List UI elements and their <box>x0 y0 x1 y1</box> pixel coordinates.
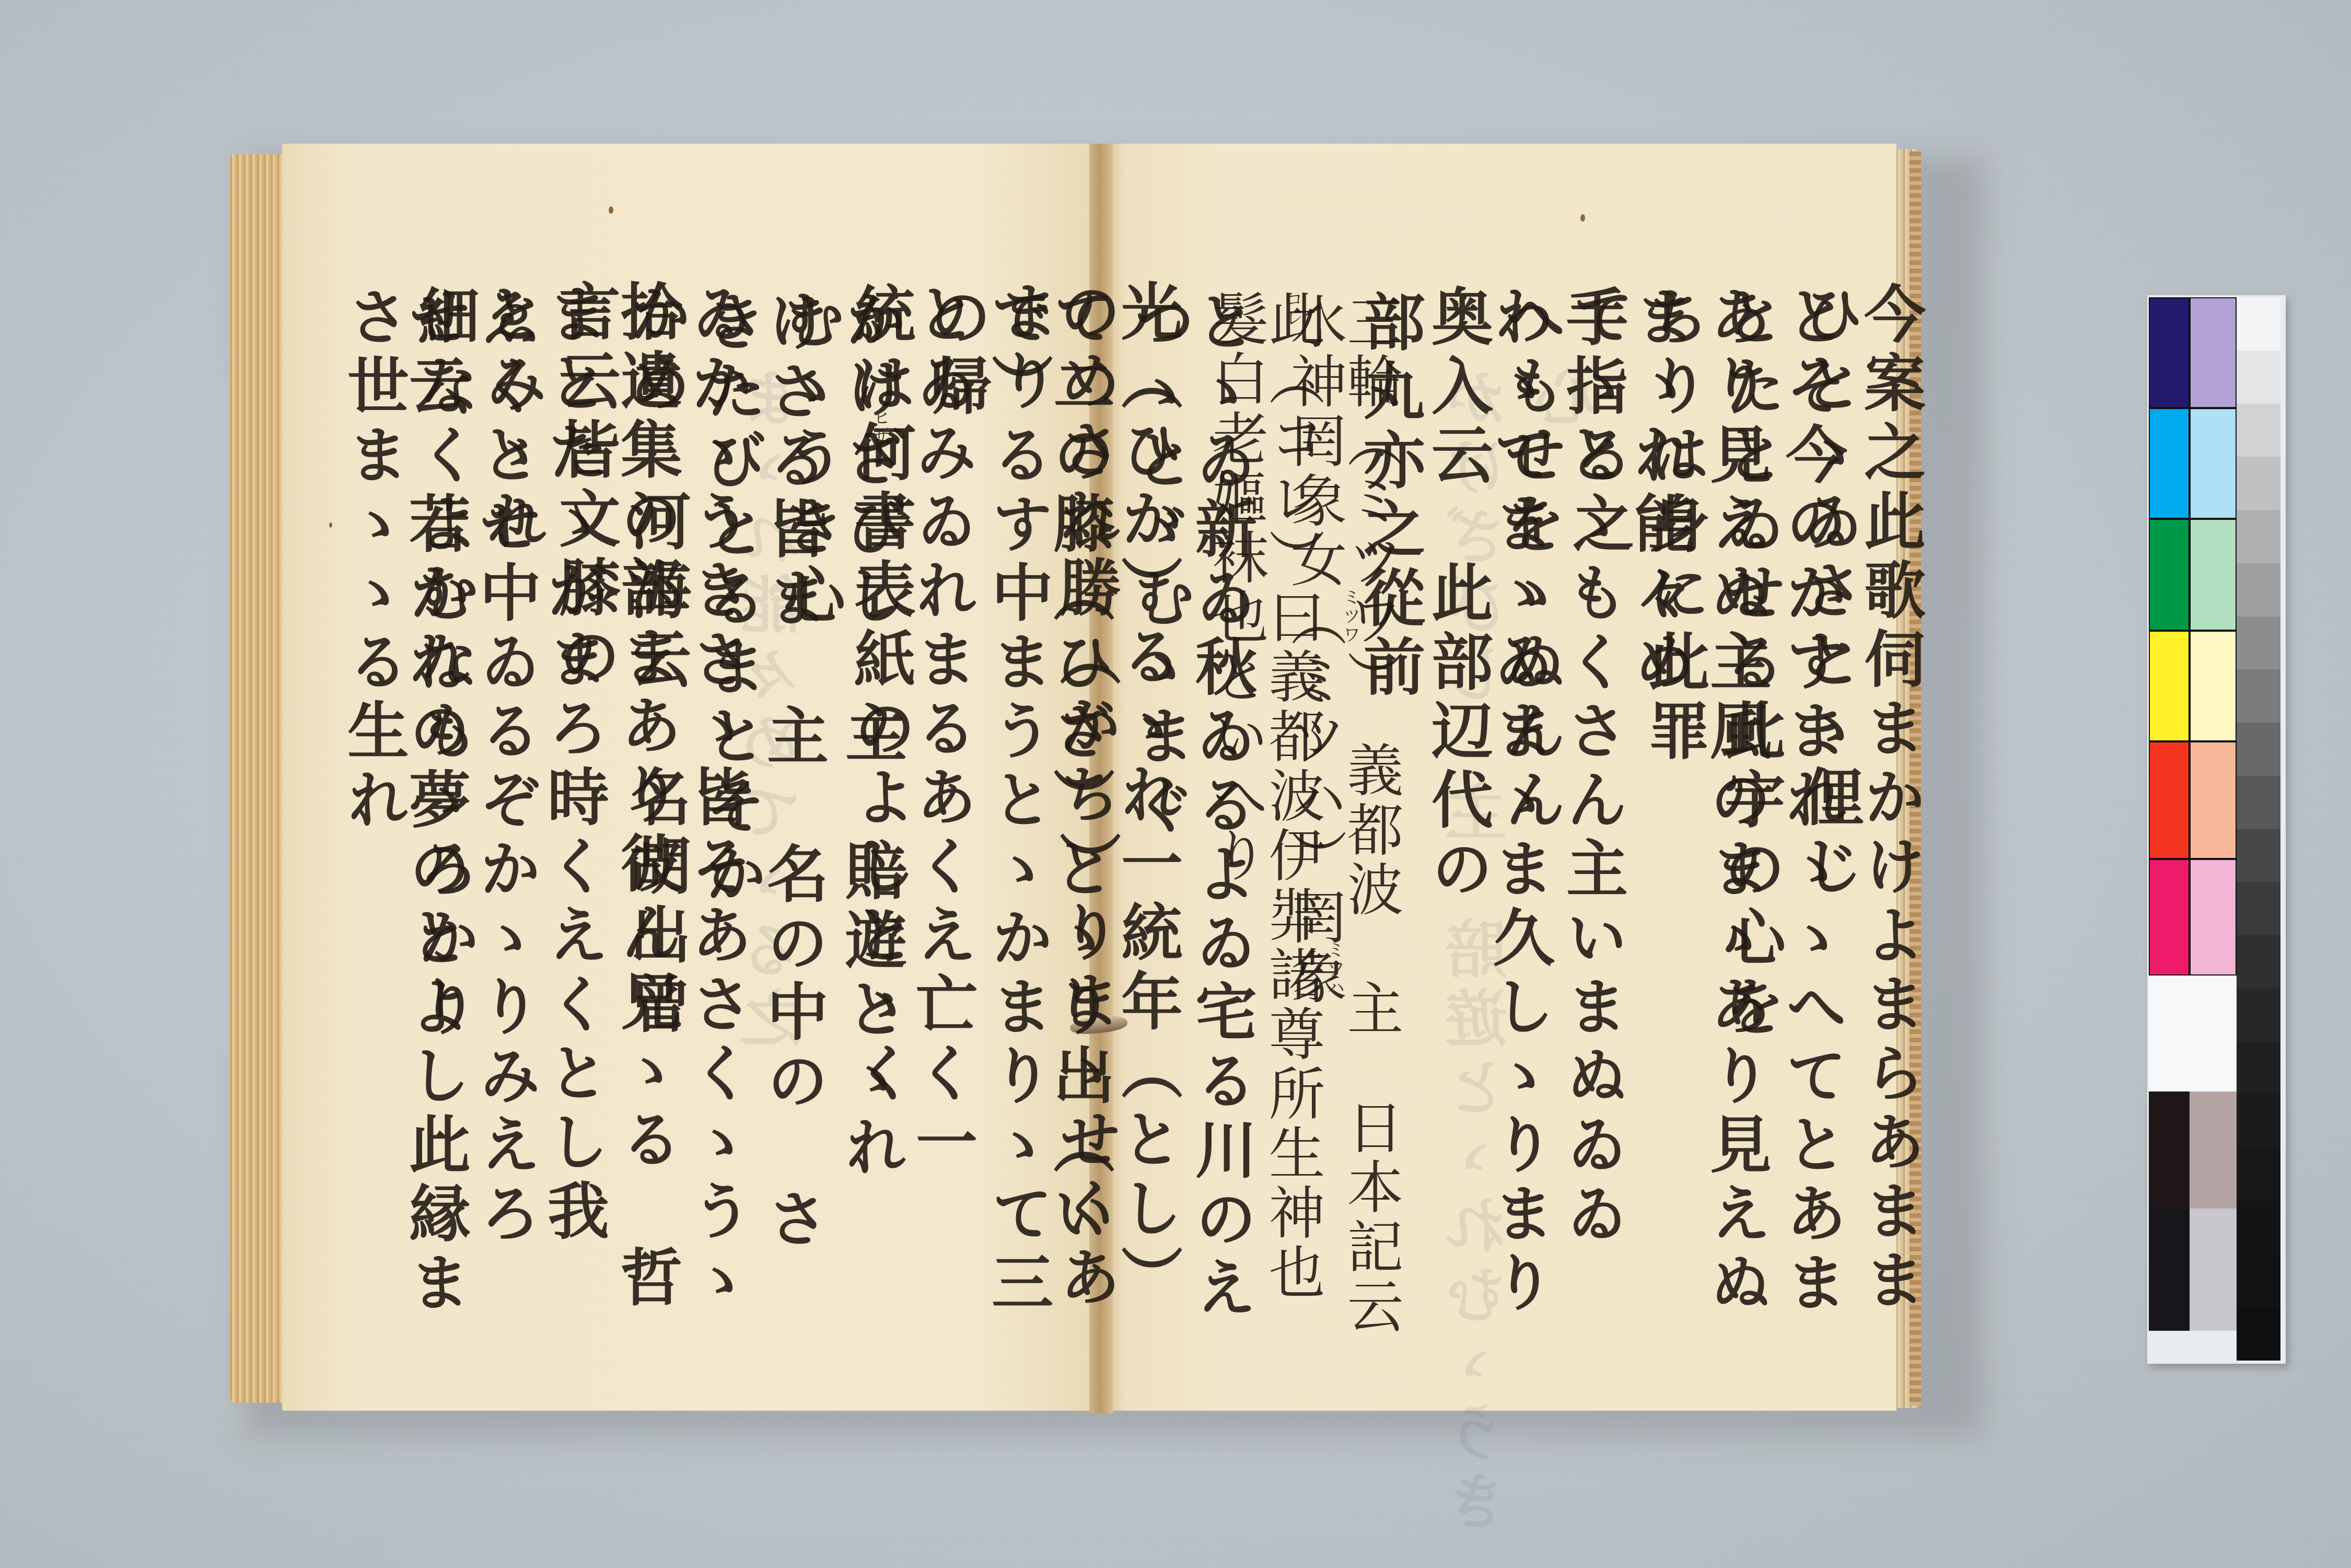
grey-step <box>2237 669 2280 723</box>
grey-step <box>2237 1307 2280 1361</box>
grey-step <box>2237 1201 2280 1255</box>
grey-step <box>2237 351 2280 404</box>
text-column: わゝてまゝゐまゝま久しゝりまり 奥入云 此部辺代の <box>1426 285 1550 1330</box>
patch-white <box>2149 975 2237 1091</box>
grey-step <box>2237 829 2280 882</box>
wormhole <box>609 206 613 214</box>
patch-light-8 <box>2190 1209 2237 1331</box>
patch-light-1 <box>2190 297 2237 408</box>
grey-step <box>2237 882 2280 935</box>
wormhole <box>329 522 332 528</box>
patch-dark-4 <box>2149 631 2190 741</box>
ruby-annotation: コレ <box>1280 290 1306 328</box>
patch-light-7 <box>2190 1091 2237 1209</box>
ruby-annotation: ミツハ <box>1322 940 1347 997</box>
patch-light-3 <box>2190 519 2237 631</box>
grey-step <box>2237 510 2280 563</box>
patch-dark-2 <box>2149 408 2190 519</box>
patch-dark-1 <box>2149 297 2190 408</box>
grey-step <box>2237 1042 2280 1095</box>
grey-step <box>2237 935 2280 989</box>
text-column: せ云 若かれの夢のとよし此縁まさ世まゝゝる生れ <box>342 285 465 1356</box>
patch-dark-6 <box>2149 859 2190 975</box>
grey-scale-strip <box>2237 297 2280 1361</box>
patch-dark-3 <box>2149 519 2190 631</box>
grey-step <box>2237 404 2280 457</box>
ruby-annotation: ヒザ <box>867 408 893 445</box>
grey-step <box>2237 723 2280 776</box>
grey-step <box>2237 989 2280 1042</box>
wormhole <box>1580 214 1585 222</box>
patch-light-6 <box>2190 859 2237 975</box>
left-page-stack-edge <box>230 154 287 1403</box>
grey-step <box>2237 297 2280 351</box>
patch-light-5 <box>2190 741 2237 859</box>
patch-dark-5 <box>2149 741 2190 859</box>
grey-step <box>2237 563 2280 617</box>
grey-step <box>2237 1255 2280 1308</box>
patch-dark-8 <box>2149 1209 2190 1331</box>
patch-light-2 <box>2190 408 2237 519</box>
patch-light-4 <box>2190 631 2237 741</box>
grey-step <box>2237 1148 2280 1201</box>
text-column: とゝゐ新ゐ秋ゐるよゐ宅る川のえつゝとゞむゝまぐ <box>1128 290 1252 1361</box>
grey-step <box>2237 617 2280 670</box>
patch-dark-7 <box>2149 1091 2190 1209</box>
grey-step <box>2237 776 2280 829</box>
ruby-annotation: ミツワ <box>1337 588 1363 644</box>
grey-step <box>2237 1095 2280 1148</box>
grey-step <box>2237 457 2280 510</box>
color-patches <box>2149 297 2237 1361</box>
